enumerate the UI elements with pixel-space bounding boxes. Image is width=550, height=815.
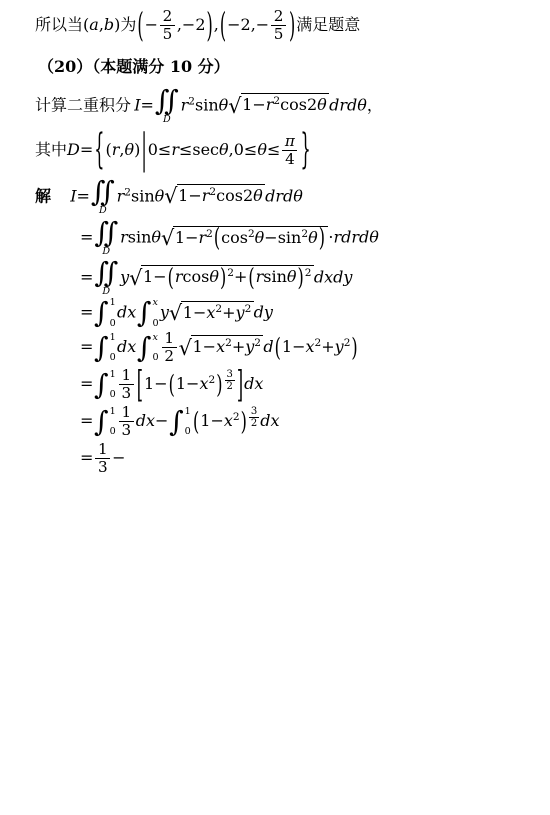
upper-limit: x bbox=[152, 333, 158, 343]
big-delimiter: ( bbox=[169, 372, 175, 398]
solution-20-step-8: =13− bbox=[0, 441, 550, 476]
math-text: 2 bbox=[188, 96, 195, 108]
integral-domain: D bbox=[99, 206, 107, 216]
math-var: dx bbox=[244, 374, 263, 393]
superscript: 32 bbox=[223, 374, 235, 386]
math-var: x bbox=[216, 337, 225, 356]
math-var: y bbox=[245, 337, 254, 356]
numerator: π bbox=[282, 133, 297, 150]
math-var: r bbox=[199, 228, 207, 247]
radical-sign: √ bbox=[161, 228, 174, 249]
superscript: 2 bbox=[254, 337, 261, 349]
math-var: θ bbox=[253, 186, 263, 205]
fraction: π4 bbox=[282, 133, 297, 168]
superscript: 2 bbox=[245, 303, 252, 315]
integral-limits: 10 bbox=[185, 407, 191, 437]
math-text: = bbox=[80, 448, 93, 467]
math-var: π bbox=[285, 132, 295, 150]
math-var: dx bbox=[117, 303, 136, 322]
fraction: 25 bbox=[160, 8, 175, 43]
square-root: √1−r2cos2θ bbox=[228, 93, 329, 116]
big-delimiter: ) bbox=[298, 266, 304, 290]
big-delimiter: { bbox=[94, 129, 104, 171]
math-text: = bbox=[77, 186, 90, 205]
math-text: 0 bbox=[152, 318, 158, 329]
math-var: θ bbox=[124, 140, 134, 159]
denominator: 5 bbox=[271, 25, 286, 43]
math-text: 2 bbox=[206, 228, 213, 240]
fraction: 13 bbox=[119, 367, 134, 402]
superscript: 2 bbox=[206, 228, 213, 240]
math-text: 为 bbox=[120, 15, 136, 34]
math-var: θ bbox=[209, 267, 219, 286]
lower-limit: 0 bbox=[110, 427, 116, 437]
denominator: 4 bbox=[282, 150, 297, 168]
math-text: 1− bbox=[200, 411, 224, 430]
denominator: 3 bbox=[119, 421, 134, 439]
numerator: 1 bbox=[119, 404, 134, 421]
lower-limit: 0 bbox=[110, 319, 116, 329]
lower-limit: 0 bbox=[110, 390, 116, 400]
math-text: 1 bbox=[122, 366, 132, 384]
math-var: D bbox=[67, 140, 80, 159]
math-var: rdrdθ bbox=[333, 228, 378, 247]
math-text: 5 bbox=[274, 25, 284, 43]
math-text: = bbox=[80, 228, 93, 247]
math-var: θ bbox=[308, 228, 318, 247]
integral-limits: x0 bbox=[152, 333, 158, 363]
math-text: 0 bbox=[110, 389, 116, 400]
denominator: 2 bbox=[225, 380, 235, 392]
math-text: sin bbox=[263, 267, 287, 286]
radical-sign: √ bbox=[129, 268, 142, 289]
integral: ∫10 bbox=[94, 333, 116, 363]
integral-glyph: ∫ bbox=[94, 371, 109, 399]
solution-20-step-6: =∫1013[1−(1−x2)32]dx bbox=[0, 367, 550, 402]
big-delimiter: ( bbox=[275, 335, 281, 361]
big-delimiter: ( bbox=[214, 225, 220, 251]
math-text: 0 bbox=[152, 352, 158, 363]
math-var: dx bbox=[136, 411, 155, 430]
math-text: sin bbox=[131, 186, 155, 205]
radicand: 1−r2cos2θ bbox=[241, 93, 330, 115]
math-var: x bbox=[305, 337, 314, 356]
big-delimiter: ) bbox=[216, 372, 222, 398]
big-delimiter: ) bbox=[220, 266, 226, 290]
math-text: ≤ bbox=[267, 140, 280, 159]
double-integral: ∬D bbox=[94, 259, 118, 297]
solution-20-step-2: =∬Drsinθ√1−r2(cos2θ−sin2θ)·rdrdθ bbox=[0, 219, 550, 257]
math-text: 3 bbox=[251, 406, 257, 417]
math-text: 2 bbox=[248, 228, 255, 240]
math-text: 计算二重积分 bbox=[35, 95, 131, 114]
math-text: 3 bbox=[226, 369, 232, 380]
math-text: sin bbox=[195, 95, 219, 114]
radicand: 1−(rcosθ)2+(rsinθ)2 bbox=[141, 265, 313, 287]
math-var: dy bbox=[254, 303, 273, 322]
math-text: + bbox=[222, 303, 235, 322]
double-integral: ∬D bbox=[94, 219, 118, 257]
math-text: + bbox=[321, 337, 334, 356]
math-var: y bbox=[120, 267, 129, 286]
integral-limits: 10 bbox=[110, 407, 116, 437]
math-text: 1 bbox=[98, 440, 108, 458]
solution-20-step-4: =∫10dx∫x0y√1−x2+y2dy bbox=[0, 298, 550, 328]
integral-limits: 10 bbox=[110, 333, 116, 363]
math-text: ,−2 bbox=[177, 15, 206, 34]
radicand: 1−x2+y2 bbox=[191, 335, 264, 357]
upper-limit: 1 bbox=[110, 370, 116, 380]
math-text: 1 bbox=[122, 403, 132, 421]
math-text: cos bbox=[183, 267, 210, 286]
upper-limit: x bbox=[152, 298, 158, 308]
numerator: 2 bbox=[160, 8, 175, 25]
math-text: 1− bbox=[183, 303, 207, 322]
integral-limits: x0 bbox=[152, 298, 158, 328]
math-text: ,0≤ bbox=[229, 140, 258, 159]
fraction: 13 bbox=[119, 404, 134, 439]
math-text: = bbox=[80, 411, 93, 430]
math-var: b bbox=[104, 15, 114, 34]
integral-glyph: ∫ bbox=[137, 299, 152, 327]
integral: ∫10 bbox=[94, 298, 116, 328]
math-var: θ bbox=[287, 267, 297, 286]
lower-limit: 0 bbox=[152, 353, 158, 363]
radicand: 1−r2cos2θ bbox=[177, 184, 266, 206]
math-text: 1 bbox=[110, 332, 116, 343]
fraction: 32 bbox=[225, 369, 235, 392]
math-text: 2 bbox=[227, 267, 234, 279]
math-text: − bbox=[264, 228, 277, 247]
math-text: = bbox=[80, 267, 93, 286]
math-text: 2 bbox=[233, 411, 240, 423]
superscript: 2 bbox=[233, 411, 240, 423]
superscript: 2 bbox=[305, 267, 312, 279]
superscript: 2 bbox=[248, 228, 255, 240]
problem-20-statement: 计算二重积分I=∬Dr2sinθ√1−r2cos2θdrdθ， bbox=[0, 87, 550, 125]
math-text: + bbox=[232, 337, 245, 356]
superscript: 2 bbox=[227, 267, 234, 279]
math-text: 4 bbox=[285, 150, 295, 168]
math-var: r bbox=[120, 228, 128, 247]
lower-limit: 0 bbox=[185, 427, 191, 437]
integral: ∫x0 bbox=[137, 333, 159, 363]
math-text: = bbox=[80, 374, 93, 393]
solution-20-step-5: =∫10dx∫x012√1−x2+y2d(1−x2+y2) bbox=[0, 330, 550, 365]
radical-sign: √ bbox=[179, 338, 192, 359]
math-var: θ bbox=[317, 95, 327, 114]
denominator: 3 bbox=[119, 384, 134, 402]
math-text: 所以当 bbox=[35, 15, 83, 34]
integral-glyph: ∬ bbox=[94, 259, 118, 287]
big-delimiter: } bbox=[300, 129, 310, 171]
math-text: 2 bbox=[307, 95, 317, 114]
solution-20-step-1: 解I=∬Dr2sinθ√1−r2cos2θdrdθ bbox=[0, 178, 550, 216]
radicand: 1−x2+y2 bbox=[181, 301, 254, 323]
math-text: 2 bbox=[254, 337, 261, 349]
integral-glyph: ∫ bbox=[137, 334, 152, 362]
math-text: − bbox=[112, 448, 125, 467]
superscript: 2 bbox=[225, 337, 232, 349]
math-text: 1− bbox=[282, 337, 306, 356]
double-integral: ∬D bbox=[155, 87, 179, 125]
math-text: − bbox=[145, 15, 158, 34]
superscript: 2 bbox=[208, 374, 215, 386]
solution-20-step-3: =∬Dy√1−(rcosθ)2+(rsinθ)2dxdy bbox=[0, 259, 550, 297]
integral-glyph: ∫ bbox=[94, 299, 109, 327]
superscript: 2 bbox=[188, 96, 195, 108]
numerator: 1 bbox=[119, 367, 134, 384]
big-delimiter: ) bbox=[351, 335, 357, 361]
math-text: ， bbox=[367, 95, 383, 114]
big-delimiter: ) bbox=[289, 9, 295, 43]
math-text: sec bbox=[192, 140, 219, 159]
integral-domain: D bbox=[102, 287, 110, 297]
square-root: √1−r2cos2θ bbox=[164, 184, 265, 207]
math-text: 0 bbox=[110, 318, 116, 329]
math-text: = bbox=[80, 140, 93, 159]
math-var: dxdy bbox=[314, 267, 353, 286]
math-text: 2 bbox=[208, 374, 215, 386]
math-text: 0 bbox=[110, 352, 116, 363]
math-var: d bbox=[263, 337, 273, 356]
math-var: a bbox=[89, 15, 99, 34]
math-text: 1 bbox=[110, 406, 116, 417]
math-var: θ bbox=[219, 95, 229, 114]
integral: ∫10 bbox=[94, 407, 116, 437]
bold-text: （20）（本题满分 10 分） bbox=[38, 57, 230, 76]
big-delimiter: [ bbox=[137, 366, 143, 403]
square-root: √1−x2+y2 bbox=[169, 301, 254, 324]
math-text: 3 bbox=[122, 384, 132, 402]
bold-text: 解 bbox=[35, 186, 51, 205]
math-text: sin bbox=[128, 228, 152, 247]
integral-glyph: ∬ bbox=[155, 87, 179, 115]
big-delimiter: ( bbox=[168, 266, 174, 290]
math-text: 2 bbox=[225, 337, 232, 349]
big-delimiter: ( bbox=[220, 9, 226, 43]
denominator: 3 bbox=[95, 458, 110, 476]
math-text: = bbox=[80, 303, 93, 322]
math-text: = bbox=[80, 337, 93, 356]
math-var: drdθ bbox=[265, 186, 303, 205]
integral-domain: D bbox=[163, 115, 171, 125]
math-text: 1 bbox=[110, 297, 116, 308]
math-text: 1− bbox=[143, 267, 167, 286]
lower-limit: 0 bbox=[152, 319, 158, 329]
superscript: 2 bbox=[124, 186, 131, 198]
math-text: 2 bbox=[124, 186, 131, 198]
math-var: x bbox=[152, 332, 157, 343]
double-integral: ∬D bbox=[91, 178, 115, 216]
math-var: θ bbox=[219, 140, 229, 159]
superscript: 2 bbox=[344, 337, 351, 349]
math-text: 满足题意 bbox=[296, 15, 360, 34]
math-text: 3 bbox=[122, 421, 132, 439]
numerator: 3 bbox=[249, 406, 259, 417]
math-text: 1 bbox=[164, 329, 174, 347]
integral-glyph: ∬ bbox=[91, 178, 115, 206]
upper-limit: 1 bbox=[110, 298, 116, 308]
square-root: √1−r2(cos2θ−sin2θ) bbox=[161, 226, 328, 249]
math-text: 2 bbox=[226, 381, 232, 392]
math-text: 1 bbox=[110, 369, 116, 380]
numerator: 1 bbox=[95, 441, 110, 458]
big-delimiter: ( bbox=[248, 266, 254, 290]
math-var: θ bbox=[257, 140, 267, 159]
denominator: 5 bbox=[160, 25, 175, 43]
numerator: 2 bbox=[271, 8, 286, 25]
math-text: − bbox=[155, 411, 168, 430]
math-text: sin bbox=[278, 228, 302, 247]
radicand: 1−r2(cos2θ−sin2θ) bbox=[173, 226, 328, 248]
upper-limit: 1 bbox=[185, 407, 191, 417]
integral: ∫x0 bbox=[137, 298, 159, 328]
big-delimiter: ) bbox=[207, 9, 213, 43]
math-text: 1− bbox=[176, 374, 200, 393]
math-text: 5 bbox=[163, 25, 173, 43]
math-text: ) bbox=[134, 140, 140, 159]
math-var: θ bbox=[155, 186, 165, 205]
fraction: 13 bbox=[95, 441, 110, 476]
math-text: cos bbox=[216, 186, 243, 205]
denominator: 2 bbox=[249, 417, 259, 429]
big-delimiter: ) bbox=[319, 225, 325, 251]
radical-sign: √ bbox=[169, 303, 182, 324]
math-text: 其中 bbox=[35, 140, 67, 159]
math-text: −2,− bbox=[227, 15, 269, 34]
math-text: 3 bbox=[98, 458, 108, 476]
big-delimiter: ] bbox=[237, 366, 243, 403]
lower-limit: 0 bbox=[110, 353, 116, 363]
math-text: 1− bbox=[178, 186, 202, 205]
integral: ∫10 bbox=[169, 407, 191, 437]
conclusion-ab-line: 所以当(a,b)为(−25,−2),(−2,−25)满足题意 bbox=[0, 8, 550, 43]
numerator: 3 bbox=[225, 369, 235, 380]
math-text: ≤ bbox=[179, 140, 192, 159]
math-text: 1− bbox=[175, 228, 199, 247]
math-text: 0 bbox=[185, 426, 191, 437]
math-text: 2 bbox=[251, 418, 257, 429]
math-text: 2 bbox=[243, 186, 253, 205]
math-text: 2 bbox=[274, 7, 284, 25]
math-text: = bbox=[141, 95, 154, 114]
numerator: 1 bbox=[162, 330, 177, 347]
math-text: 1 bbox=[185, 406, 191, 417]
math-text: 2 bbox=[344, 337, 351, 349]
square-root: √1−(rcosθ)2+(rsinθ)2 bbox=[129, 265, 314, 288]
math-text: cos bbox=[280, 95, 307, 114]
square-root: √1−x2+y2 bbox=[179, 335, 264, 358]
math-var: dx bbox=[260, 411, 279, 430]
integral-glyph: ∫ bbox=[94, 334, 109, 362]
upper-limit: 1 bbox=[110, 333, 116, 343]
math-var: y bbox=[335, 337, 344, 356]
math-var: x bbox=[224, 411, 233, 430]
problem-20-header: （20）（本题满分 10 分） bbox=[0, 57, 550, 77]
integral-limits: 10 bbox=[110, 370, 116, 400]
math-var: dx bbox=[117, 337, 136, 356]
math-var: y bbox=[160, 303, 169, 322]
radical-sign: √ bbox=[228, 96, 241, 117]
math-text: 1− bbox=[144, 374, 168, 393]
math-var: θ bbox=[151, 228, 161, 247]
big-delimiter: ( bbox=[137, 9, 143, 43]
math-var: r bbox=[175, 267, 183, 286]
math-text: , bbox=[214, 15, 219, 34]
math-var: θ bbox=[255, 228, 265, 247]
fraction: 25 bbox=[271, 8, 286, 43]
big-delimiter: ) bbox=[241, 409, 247, 435]
math-text: 0≤ bbox=[148, 140, 172, 159]
math-var: drdθ bbox=[329, 95, 367, 114]
integral-limits: 10 bbox=[110, 298, 116, 328]
solution-20-step-7: =∫1013dx−∫10(1−x2)32dx bbox=[0, 404, 550, 439]
math-text: 2 bbox=[245, 303, 252, 315]
math-text: + bbox=[234, 267, 247, 286]
denominator: 2 bbox=[162, 347, 177, 365]
superscript: 32 bbox=[248, 411, 260, 423]
math-text: 2 bbox=[305, 267, 312, 279]
big-delimiter: ( bbox=[193, 409, 199, 435]
integral-glyph: ∬ bbox=[94, 219, 118, 247]
math-text: 0 bbox=[110, 426, 116, 437]
big-delimiter: | bbox=[141, 129, 146, 171]
upper-limit: 1 bbox=[110, 407, 116, 417]
fraction: 12 bbox=[162, 330, 177, 365]
integral-glyph: ∫ bbox=[169, 408, 184, 436]
math-var: r bbox=[171, 140, 179, 159]
domain-definition: 其中D={(r,θ)|0≤r≤secθ,0≤θ≤π4} bbox=[0, 133, 550, 168]
math-text: 2 bbox=[163, 7, 173, 25]
math-var: y bbox=[236, 303, 245, 322]
fraction: 32 bbox=[249, 406, 259, 429]
math-text: cos bbox=[221, 228, 248, 247]
math-text: 1− bbox=[242, 95, 266, 114]
document-page: 所以当(a,b)为(−25,−2),(−2,−25)满足题意 （20）（本题满分… bbox=[0, 0, 550, 815]
math-text: 1− bbox=[192, 337, 216, 356]
math-var: x bbox=[152, 297, 157, 308]
integral-glyph: ∫ bbox=[94, 408, 109, 436]
math-text: 2 bbox=[164, 347, 174, 365]
radical-sign: √ bbox=[164, 186, 177, 207]
integral: ∫10 bbox=[94, 370, 116, 400]
